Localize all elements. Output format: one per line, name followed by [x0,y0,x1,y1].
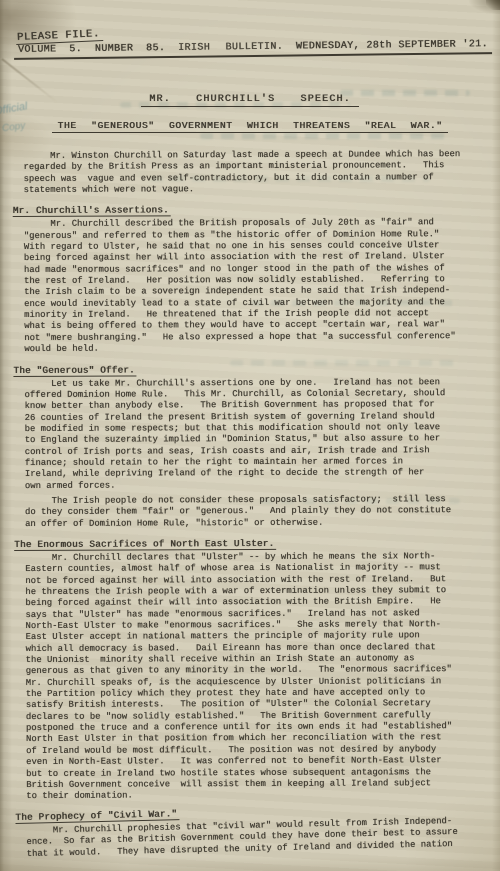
document-subtitle: THE "GENEROUS" GOVERNMENT WHICH THREATEN… [52,120,449,133]
document-body: Mr. Winston Churchill on Saturday last m… [23,149,478,864]
masthead: VOLUME 5. NUMBER 85. IRISH BULLETIN. WED… [14,39,492,60]
section-heading-wrap: The "Generous" Offer. [13,358,476,379]
document-title: MR. CHURCHILL'S SPEECH. [141,94,359,107]
section-heading-assertions: Mr. Churchill's Assertions. [13,205,171,218]
document-page: Official Copy PLEASE FILE. VOLUME 5. NUM… [0,0,500,871]
section-heading-wrap: Mr. Churchill's Assertions. [13,198,476,219]
subtitle-row: THE "GENEROUS" GOVERNMENT WHICH THREATEN… [0,115,500,133]
paragraph-assertions: Mr. Churchill described the British prop… [24,217,477,355]
masthead-date: WEDNESDAY, 28th SEPTEMBER '21. [296,39,488,52]
please-file-note: PLEASE FILE. [16,28,103,45]
paragraph-sacrifices: Mr. Churchill declares that "Ulster" -- … [25,551,478,803]
title-row: MR. CHURCHILL'S SPEECH. [0,88,500,107]
masthead-bulletin-title: IRISH BULLETIN. [178,42,283,54]
section-heading-sacrifices: The Enormous Sacrifices of North East Ul… [14,538,276,551]
section-heading-prophecy: The Prophecy of "Civil War." [15,808,179,824]
section-heading-generous-offer: The "Generous" Offer. [13,364,136,377]
masthead-volume: VOLUME 5. [18,44,82,56]
masthead-number: NUMBER 85. [95,43,166,55]
section-heading-wrap: The Enormous Sacrifices of North East Ul… [14,532,477,553]
ink-bleed-through [200,133,450,139]
paragraph-generous-offer: Let us take Mr. Churchill's assertions o… [24,377,476,492]
paragraph-irish-people: The Irish people do not consider these p… [25,494,477,530]
scan-corner-notch [486,0,500,10]
intro-paragraph: Mr. Winston Churchill on Saturday last m… [23,149,475,196]
